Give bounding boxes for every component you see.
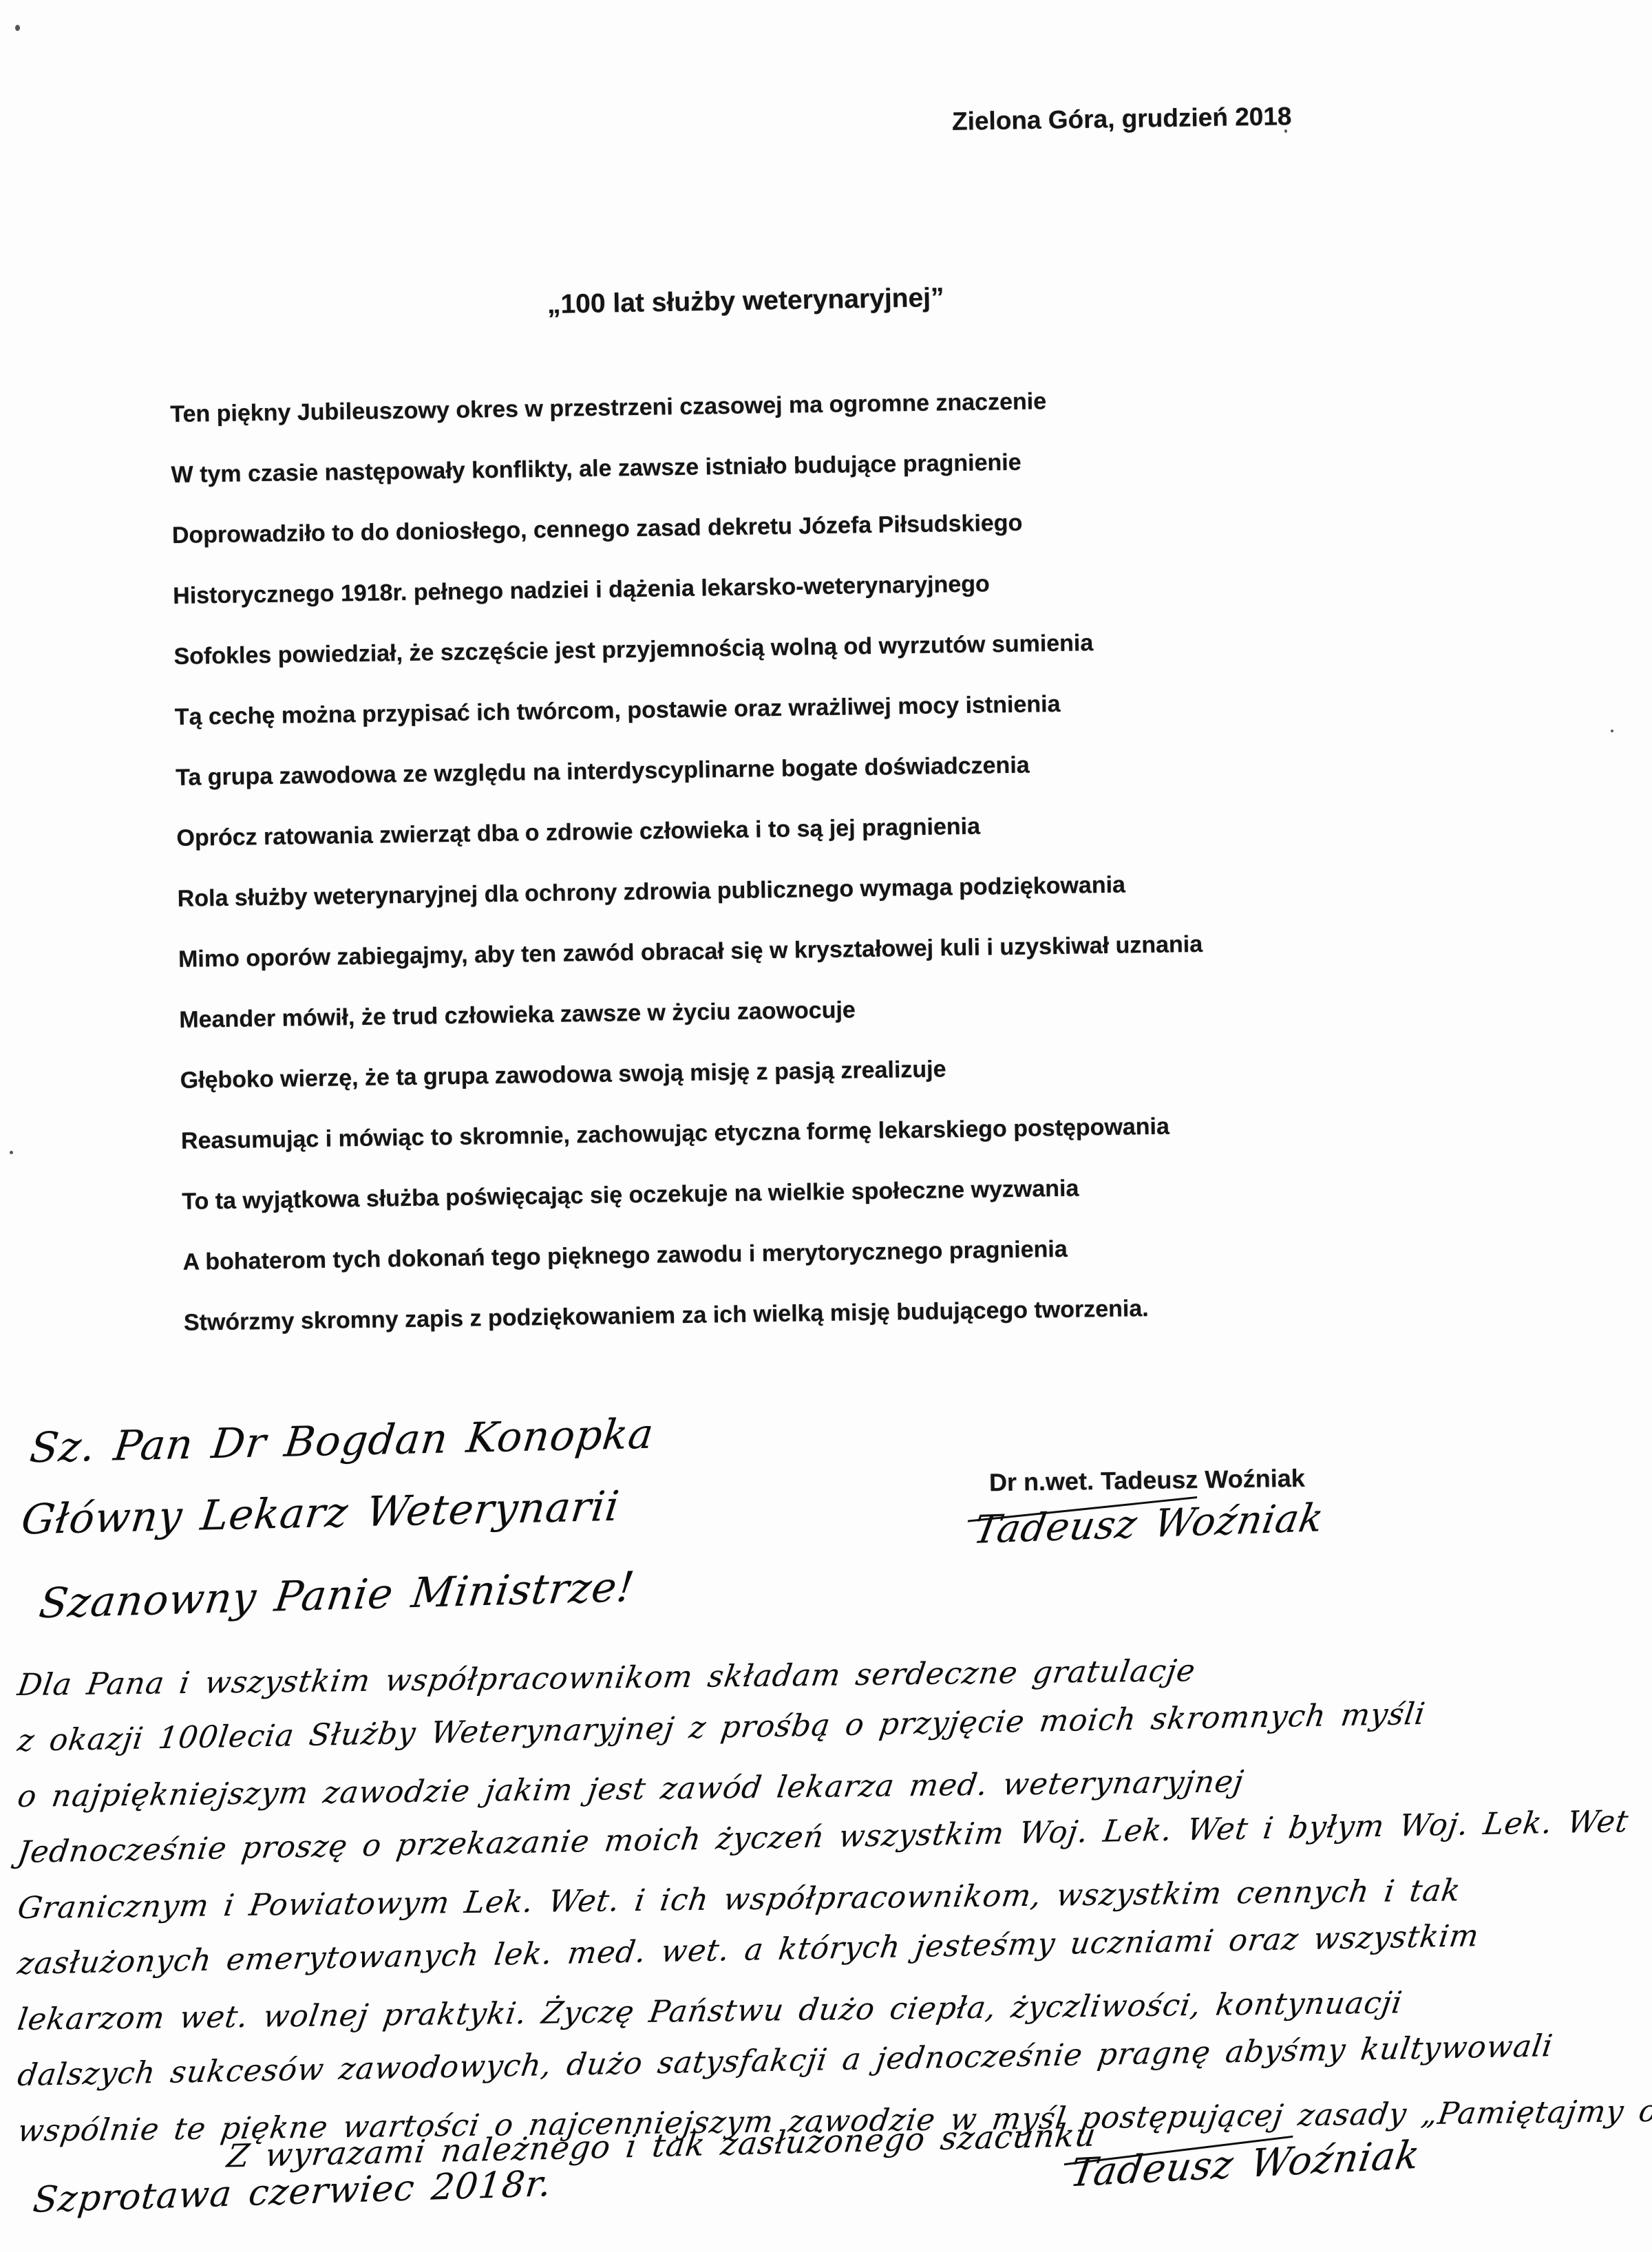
poem-line: Głęboko wierzę, że ta grupa zawodowa swo… <box>180 1050 1205 1096</box>
poem: Ten piękny Jubileuszowy okres w przestrz… <box>170 384 1209 1368</box>
poem-line: Stwórzmy skromny zapis z podziękowaniem … <box>184 1293 1209 1338</box>
author-typed-name: Dr n.wet. Tadeusz Woźniak <box>989 1464 1305 1497</box>
poem-line: Ten piękny Jubileuszowy okres w przestrz… <box>170 384 1195 429</box>
addressee-line-1: Sz. Pan Dr Bogdan Konopka <box>26 1398 658 1484</box>
addressee-line-2: Główny Lekarz Weterynarii <box>17 1470 649 1556</box>
poem-line: Rola służby weterynaryjnej dla ochrony z… <box>177 869 1202 914</box>
poem-line: To ta wyjątkowa służba poświęcając się o… <box>182 1171 1207 1217</box>
poem-line: Reasumując i mówiąc to skromnie, zachowu… <box>181 1111 1206 1156</box>
poem-line: Meander mówił, że trud człowieka zawsze … <box>179 990 1204 1035</box>
poem-line: W tym czasie następowały konflikty, ale … <box>171 445 1196 490</box>
salutation: Szanowny Panie Ministrze! <box>36 1563 637 1628</box>
poem-line: Ta grupa zawodowa ze względu na interdys… <box>176 747 1200 793</box>
scan-noise-dot <box>10 1151 13 1154</box>
place-date: Zielona Góra, grudzień 2018 <box>952 102 1292 136</box>
poem-line: Sofokles powiedział, że szczęście jest p… <box>173 626 1198 672</box>
poem-line: Historycznego 1918r. pełnego nadziei i d… <box>173 566 1198 611</box>
poem-line: A bohaterom tych dokonań tego pięknego z… <box>182 1232 1207 1277</box>
document-title: „100 lat służby weterynaryjnej” <box>547 283 944 320</box>
scan-noise-dot <box>1611 730 1613 732</box>
scanned-letter-page: Zielona Góra, grudzień 2018 „100 lat słu… <box>0 0 1652 2252</box>
poem-line: Oprócz ratowania zwierząt dba o zdrowie … <box>176 808 1201 853</box>
addressee-block: Sz. Pan Dr Bogdan Konopka Główny Lekarz … <box>17 1398 657 1555</box>
poem-line: Mimo oporów zabiegajmy, aby ten zawód ob… <box>178 929 1203 975</box>
letter-body: Dla Pana i wszystkim współpracownikom sk… <box>18 1657 1642 2159</box>
footer-place-date: Szprotawa czerwiec 2018r. <box>31 2163 553 2221</box>
scan-noise-dot <box>15 25 20 31</box>
poem-line: Doprowadziło to do doniosłego, cennego z… <box>172 505 1197 551</box>
poem-line: Tą cechę można przypisać ich twórcom, po… <box>175 687 1200 732</box>
author-signature: Tadeusz Woźniak <box>970 1496 1327 1553</box>
